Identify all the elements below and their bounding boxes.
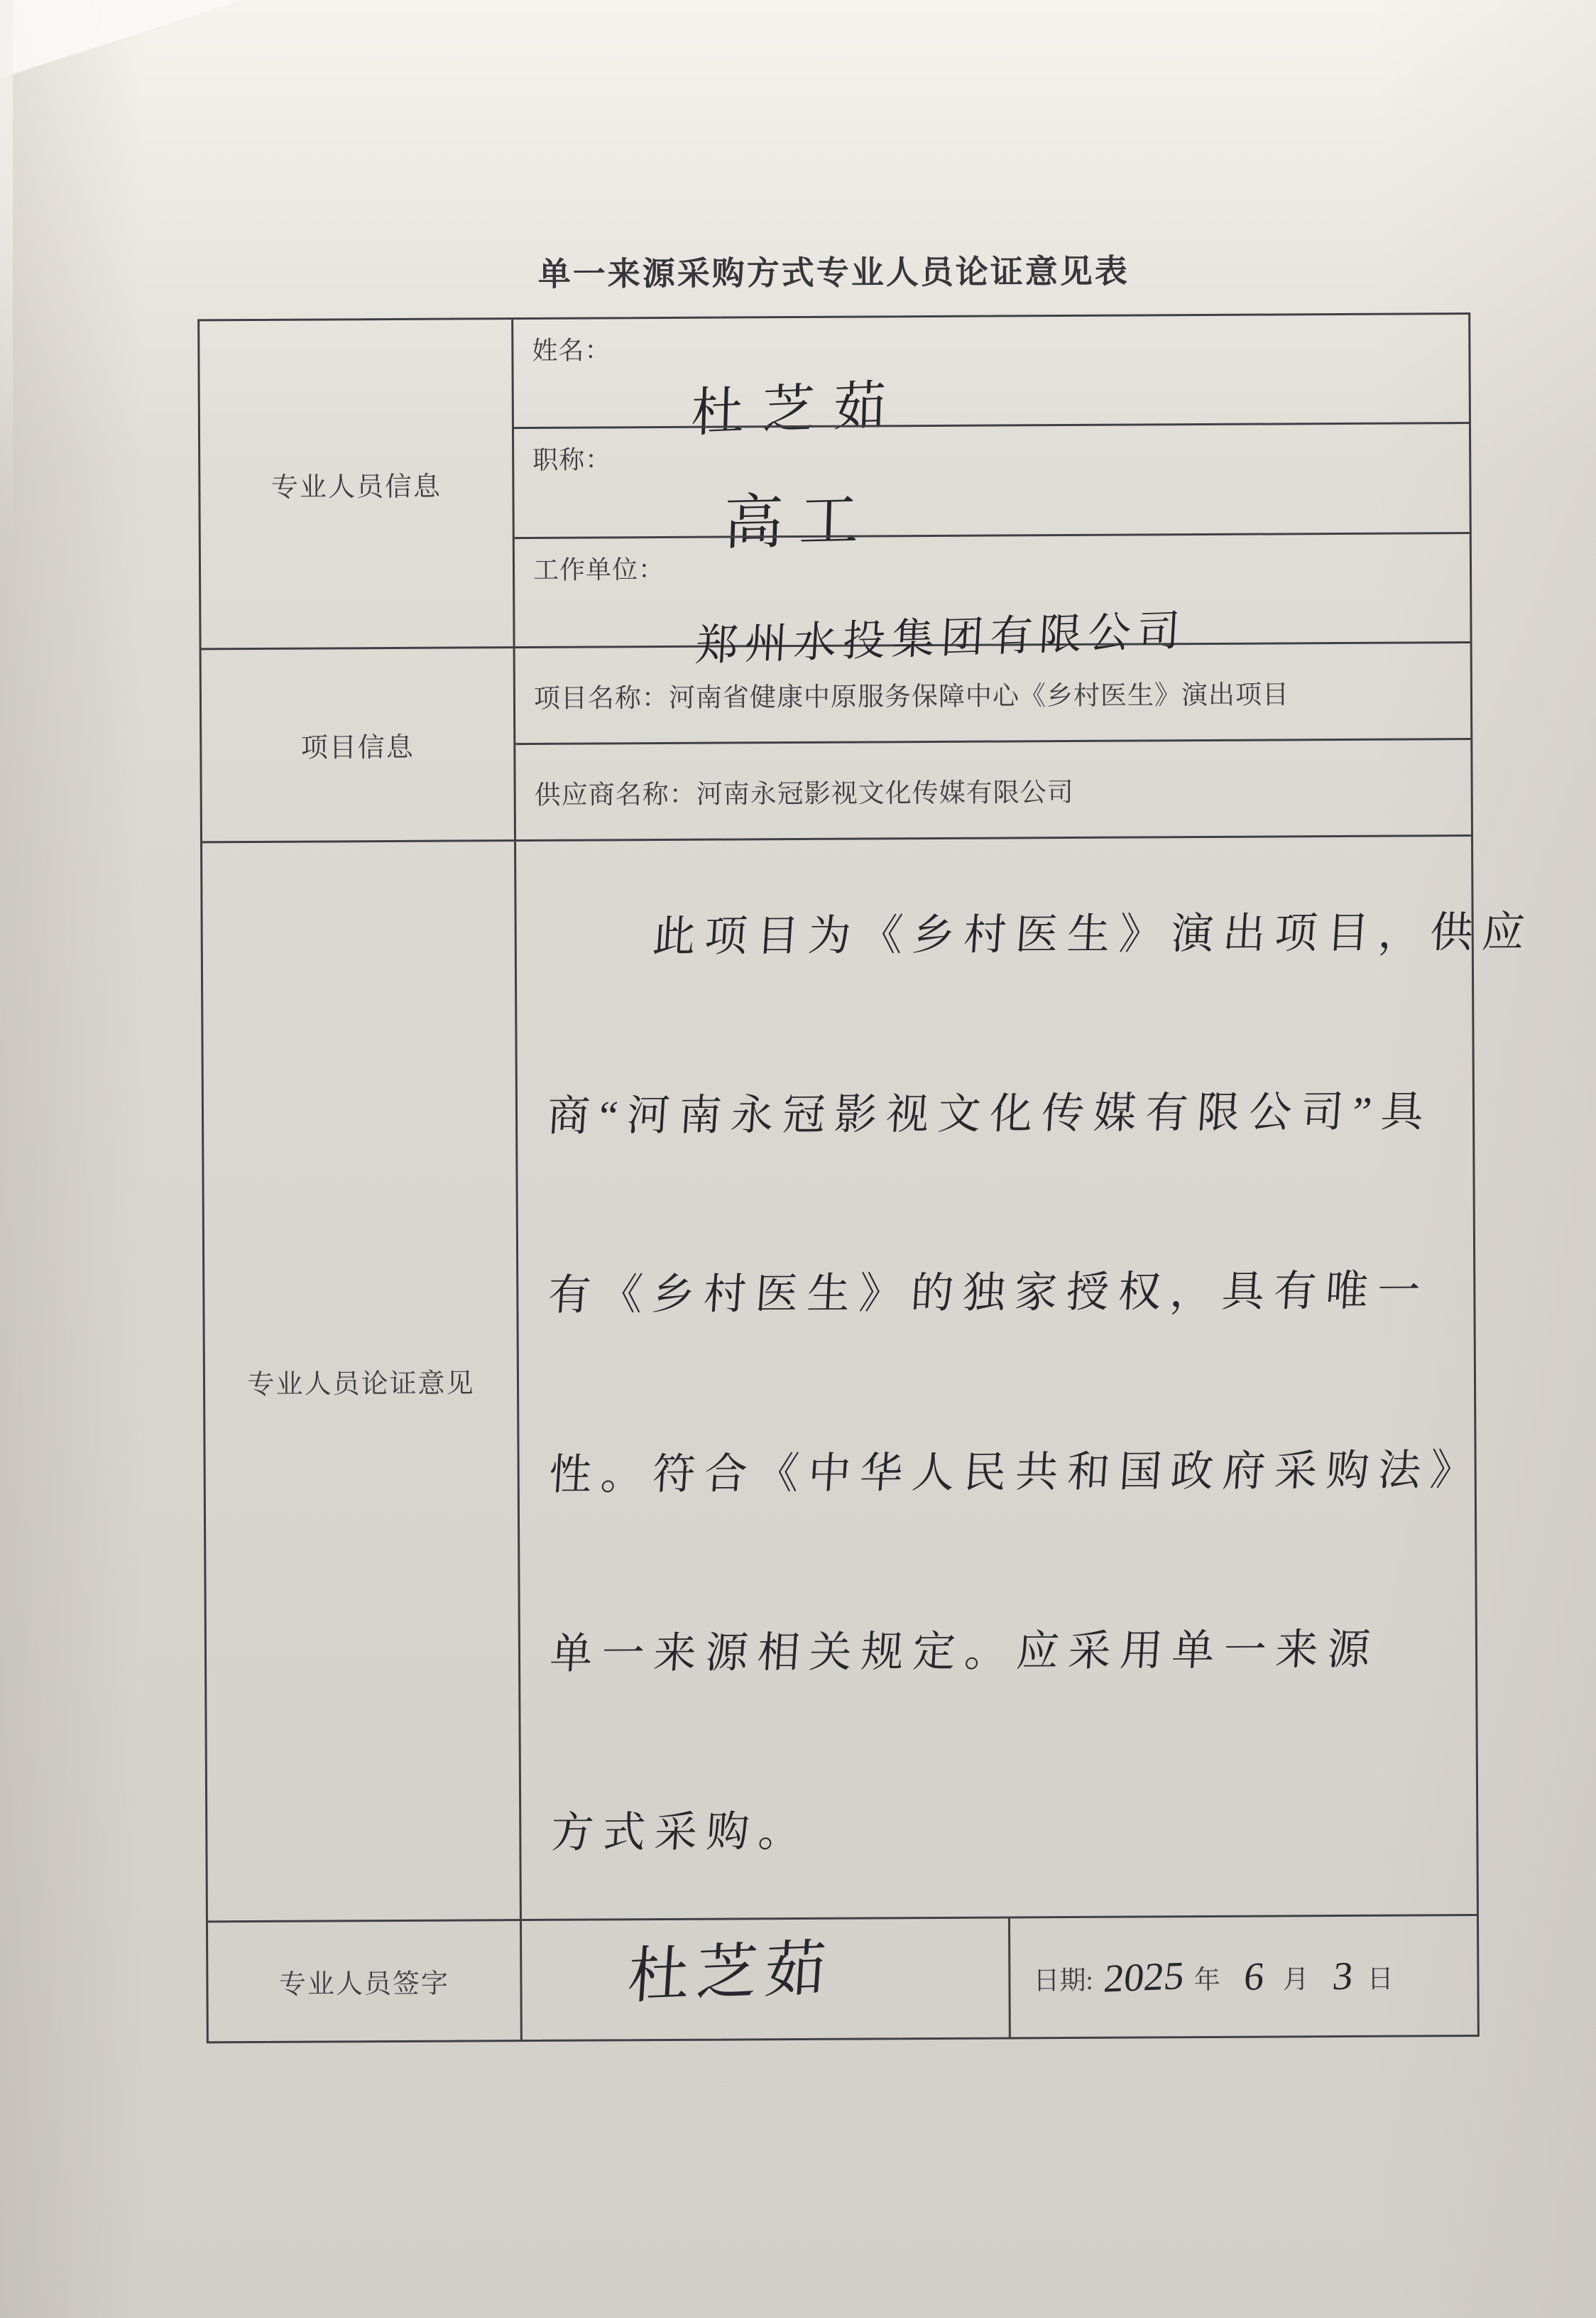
- opinion-line: 性。符合《中华人民共和国政府采购法》: [544, 1377, 1455, 1561]
- date-day-unit: 日: [1367, 1957, 1394, 1995]
- opinion-line: 单一来源相关规定。应采用单一来源: [545, 1556, 1455, 1740]
- date-year-handwritten: 2025: [1102, 1953, 1186, 2001]
- project-section-label: 项目信息: [202, 648, 516, 841]
- opinion-line: 此项目为《乡村医生》演出项目，供应: [541, 839, 1452, 1023]
- opinion-section: 专业人员论证意见 此项目为《乡村医生》演出项目，供应 商“河南永冠影视文化传媒有…: [202, 834, 1477, 1920]
- signature-section: 专业人员签字 杜芝茹 日期: 2025 年 6 月 3 日: [208, 1914, 1477, 2041]
- supplier-row: 供应商名称：河南永冠影视文化传媒有限公司: [515, 738, 1471, 839]
- opinion-line: 方式采购。: [545, 1735, 1456, 1919]
- date-month-unit: 月: [1283, 1957, 1309, 1996]
- work-unit-label: 工作单位：: [533, 550, 665, 587]
- project-fields: 项目名称：河南省健康中原服务保障中心《乡村医生》演出项目 供应商名称：河南永冠影…: [515, 643, 1471, 839]
- opinion-line: 商“河南永冠影视文化传媒有限公司”具: [542, 1018, 1453, 1202]
- opinion-lines: 此项目为《乡村医生》演出项目，供应 商“河南永冠影视文化传媒有限公司”具 有《乡…: [516, 837, 1477, 1919]
- date-label: 日期:: [1033, 1958, 1093, 1996]
- supplier-value: 河南永冠影视文化传媒有限公司: [696, 770, 1074, 810]
- date-year-unit: 年: [1194, 1957, 1220, 1996]
- project-section: 项目信息 项目名称：河南省健康中原服务保障中心《乡村医生》演出项目 供应商名称：…: [202, 641, 1471, 841]
- job-title-field: 职称： 高工: [514, 422, 1470, 536]
- personnel-fields: 姓名： 杜芝茹 职称： 高工 工作单位： 郑州水投集团有限公司: [513, 315, 1470, 646]
- scanned-form: 单一来源采购方式专业人员论证意见表 专业人员信息 姓名： 杜芝茹 职称： 高工 …: [0, 0, 1596, 2318]
- project-name-label: 项目名称：: [534, 675, 669, 714]
- info-table: 专业人员信息 姓名： 杜芝茹 职称： 高工 工作单位： 郑州水投集团有限公司 项…: [197, 312, 1480, 2043]
- work-unit-field: 工作单位： 郑州水投集团有限公司: [515, 532, 1470, 646]
- supplier-label: 供应商名称：: [535, 772, 696, 811]
- signature-section-label: 专业人员签字: [208, 1921, 523, 2041]
- date-day-handwritten: 3: [1330, 1953, 1355, 1999]
- date-cell: 日期: 2025 年 6 月 3 日: [1010, 1916, 1477, 2037]
- personnel-section: 专业人员信息 姓名： 杜芝茹 职称： 高工 工作单位： 郑州水投集团有限公司: [199, 315, 1470, 648]
- job-title-label: 职称：: [532, 440, 611, 477]
- doc-title: 单一来源采购方式专业人员论证意见表: [197, 244, 1470, 297]
- name-field: 姓名： 杜芝茹: [513, 315, 1469, 427]
- personnel-section-label: 专业人员信息: [199, 320, 515, 648]
- signature-value-handwritten: 杜芝茹: [625, 1919, 836, 2015]
- date-month-handwritten: 6: [1242, 1954, 1267, 2000]
- project-name-value: 河南省健康中原服务保障中心《乡村医生》演出项目: [669, 673, 1289, 714]
- opinion-line: 有《乡村医生》的独家授权，具有唯一: [542, 1198, 1453, 1382]
- signature-cell: 杜芝茹: [522, 1918, 1011, 2040]
- name-label: 姓名：: [532, 330, 611, 367]
- opinion-section-label: 专业人员论证意见: [202, 842, 522, 1920]
